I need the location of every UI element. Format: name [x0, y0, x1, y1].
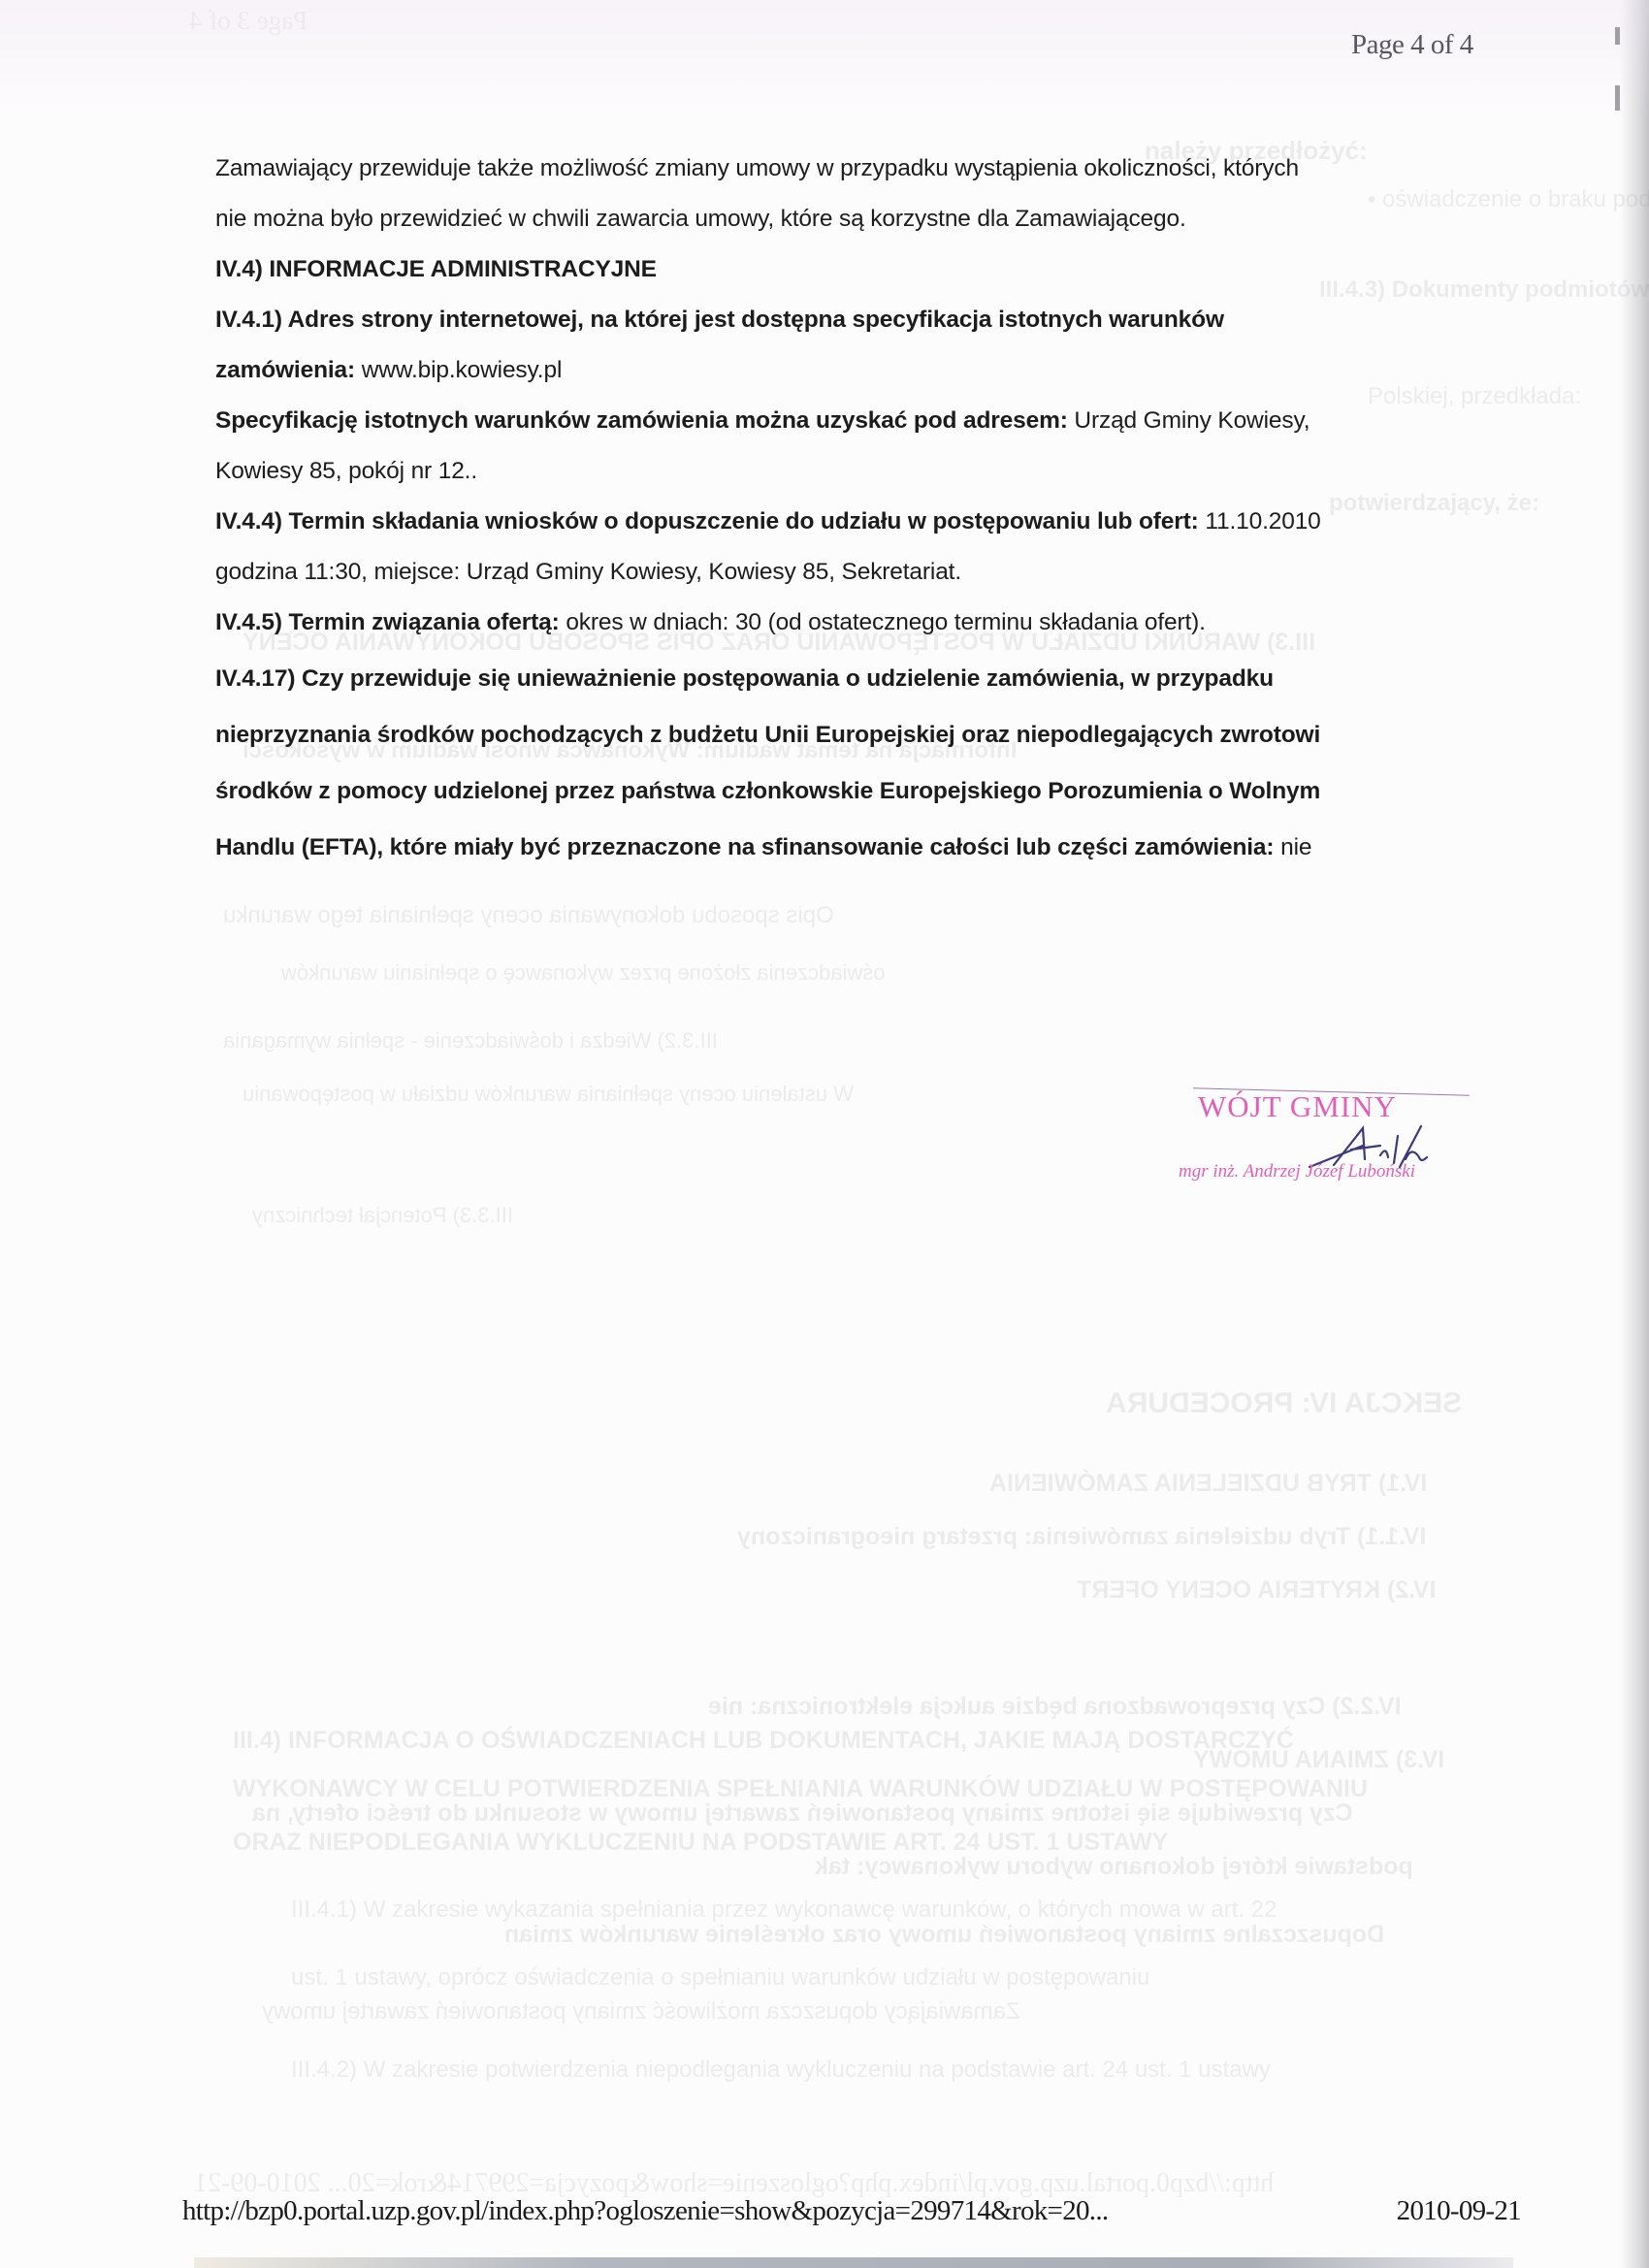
iv41-label-text: zamówienia:	[215, 357, 355, 383]
bleed-through-text: W ustaleniu oceny spełniania warunków ud…	[242, 1082, 854, 1107]
bleed-through-text: podstawie której dokonano wyboru wykonaw…	[815, 1853, 1413, 1881]
bleed-through-text: III.3.3) Potencjał techniczny	[252, 1203, 513, 1228]
amendment-paragraph-line: Zamawiający przewiduje także możliwość z…	[215, 155, 1515, 206]
iv41-label: IV.4.1) Adres strony internetowej, na kt…	[215, 307, 1515, 357]
iv41-label-text: IV.4.1) Adres strony internetowej, na kt…	[215, 307, 1224, 333]
bleed-through-text: Opis sposobu dokonywania oceny spełniani…	[223, 902, 834, 929]
iv417-label-line: środków z pomocy udzielonej przez państw…	[215, 778, 1515, 828]
source-url[interactable]: http://bzp0.portal.uzp.gov.pl/index.php?…	[182, 2195, 1108, 2227]
scan-edge-mark	[1615, 27, 1620, 45]
website-url[interactable]: www.bip.kowiesy.pl	[362, 357, 563, 383]
spec-row: Specyfikację istotnych warunków zamówien…	[215, 407, 1515, 458]
binding-period: okres w dniach: 30 (od ostatecznego term…	[566, 609, 1206, 635]
bleed-through-text: IV.2) KRYTERIA OCENY OFERT	[1077, 1576, 1436, 1604]
iv417-label-text: IV.4.17) Czy przewiduje się unieważnieni…	[215, 665, 1274, 692]
scan-bottom-edge	[194, 2257, 1513, 2268]
bleed-through-text: Czy przewiduje się istotne zmiany postan…	[252, 1799, 1353, 1828]
print-footer: http://bzp0.portal.uzp.gov.pl/index.php?…	[182, 2195, 1521, 2227]
bleed-through-text: oświadczenia złożone przez wykonawcę o s…	[281, 960, 885, 986]
print-date: 2010-09-21	[1397, 2195, 1521, 2227]
bleed-through-text: III.3.2) Wiedza i doświadczenie - spełni…	[223, 1028, 718, 1053]
iv41-row: zamówienia: www.bip.kowiesy.pl	[215, 357, 1515, 407]
bleed-through-text: ust. 1 ustawy, oprócz oświadczenia o spe…	[291, 1964, 1149, 1992]
bleed-through-header: Page 3 of 4	[189, 6, 307, 36]
bleed-through-text: IV.2.2) Czy przeprowadzona będzie aukcja…	[708, 1693, 1402, 1721]
bleed-through-text: ORAZ NIEPODLEGANIA WYKLUCZENIU NA PODSTA…	[233, 1829, 1168, 1857]
bleed-through-text: Zamawiający dopuszcza możliwość zmiany p…	[262, 1998, 1020, 2025]
iv417-label-line: IV.4.17) Czy przewiduje się unieważnieni…	[215, 665, 1515, 716]
official-stamp: WÓJT GMINY mgr inż. Andrzej Józef Lubońs…	[1179, 1082, 1499, 1198]
bleed-through-text: SEKCJA IV: PROCEDURA	[1106, 1387, 1462, 1420]
scan-edge-mark	[1615, 85, 1620, 111]
iv417-label-text: Handlu (EFTA), które miały być przeznacz…	[215, 834, 1274, 860]
bleed-through-text: IV.1) TRYB UDZIELENIA ZAMÓWIENIA	[989, 1470, 1427, 1498]
iv417-label-text: nieprzyznania środków pochodzących z bud…	[215, 722, 1320, 748]
page-number-header: Page 4 of 4	[1351, 29, 1473, 61]
iv417-label-text: środków z pomocy udzielonej przez państw…	[215, 778, 1320, 804]
amendment-paragraph-line: nie można było przewidzieć w chwili zawa…	[215, 206, 1515, 256]
iv45-row: IV.4.5) Termin związania ofertą: okres w…	[215, 609, 1515, 660]
iv417-answer: nie	[1280, 834, 1311, 860]
iv417-label-line: nieprzyznania środków pochodzących z bud…	[215, 722, 1515, 772]
spec-label: Specyfikację istotnych warunków zamówien…	[215, 407, 1068, 434]
bleed-through-text: III.4) INFORMACJA O OŚWIADCZENIACH LUB D…	[233, 1727, 1294, 1755]
iv417-row: Handlu (EFTA), które miały być przeznacz…	[215, 834, 1515, 885]
spec-address: Urząd Gminy Kowiesy,	[1074, 407, 1309, 434]
deadline-details: godzina 11:30, miejsce: Urząd Gminy Kowi…	[215, 559, 1515, 609]
iv44-label: IV.4.4) Termin składania wniosków o dopu…	[215, 508, 1199, 535]
bleed-through-text: III.4.1) W zakresie wykazania spełniania…	[291, 1896, 1277, 1924]
bleed-through-text: Dopuszczalne zmiany postanowień umowy or…	[504, 1921, 1384, 1949]
bleed-through-text: WYKONAWCY W CELU POTWIERDZENIA SPEŁNIANI…	[233, 1775, 1368, 1803]
iv45-label: IV.4.5) Termin związania ofertą:	[215, 609, 560, 635]
deadline-date: 11.10.2010	[1205, 508, 1320, 535]
bleed-through-text: IV.3) ZMIANA UMOWY	[1193, 1746, 1444, 1774]
bleed-through-text: III.4.2) W zakresie potwierdzenia niepod…	[291, 2057, 1271, 2084]
signatory-name: mgr inż. Andrzej Józef Luboński	[1179, 1161, 1415, 1183]
spec-address-line: Kowiesy 85, pokój nr 12..	[215, 458, 1515, 508]
iv44-row: IV.4.4) Termin składania wniosków o dopu…	[215, 508, 1515, 559]
bleed-through-text: IV.1.1) Tryb udzielenia zamówienia: prze…	[737, 1523, 1426, 1551]
section-heading: IV.4) INFORMACJE ADMINISTRACYJNE	[215, 256, 1515, 307]
document-body: Zamawiający przewiduje także możliwość z…	[215, 155, 1515, 885]
